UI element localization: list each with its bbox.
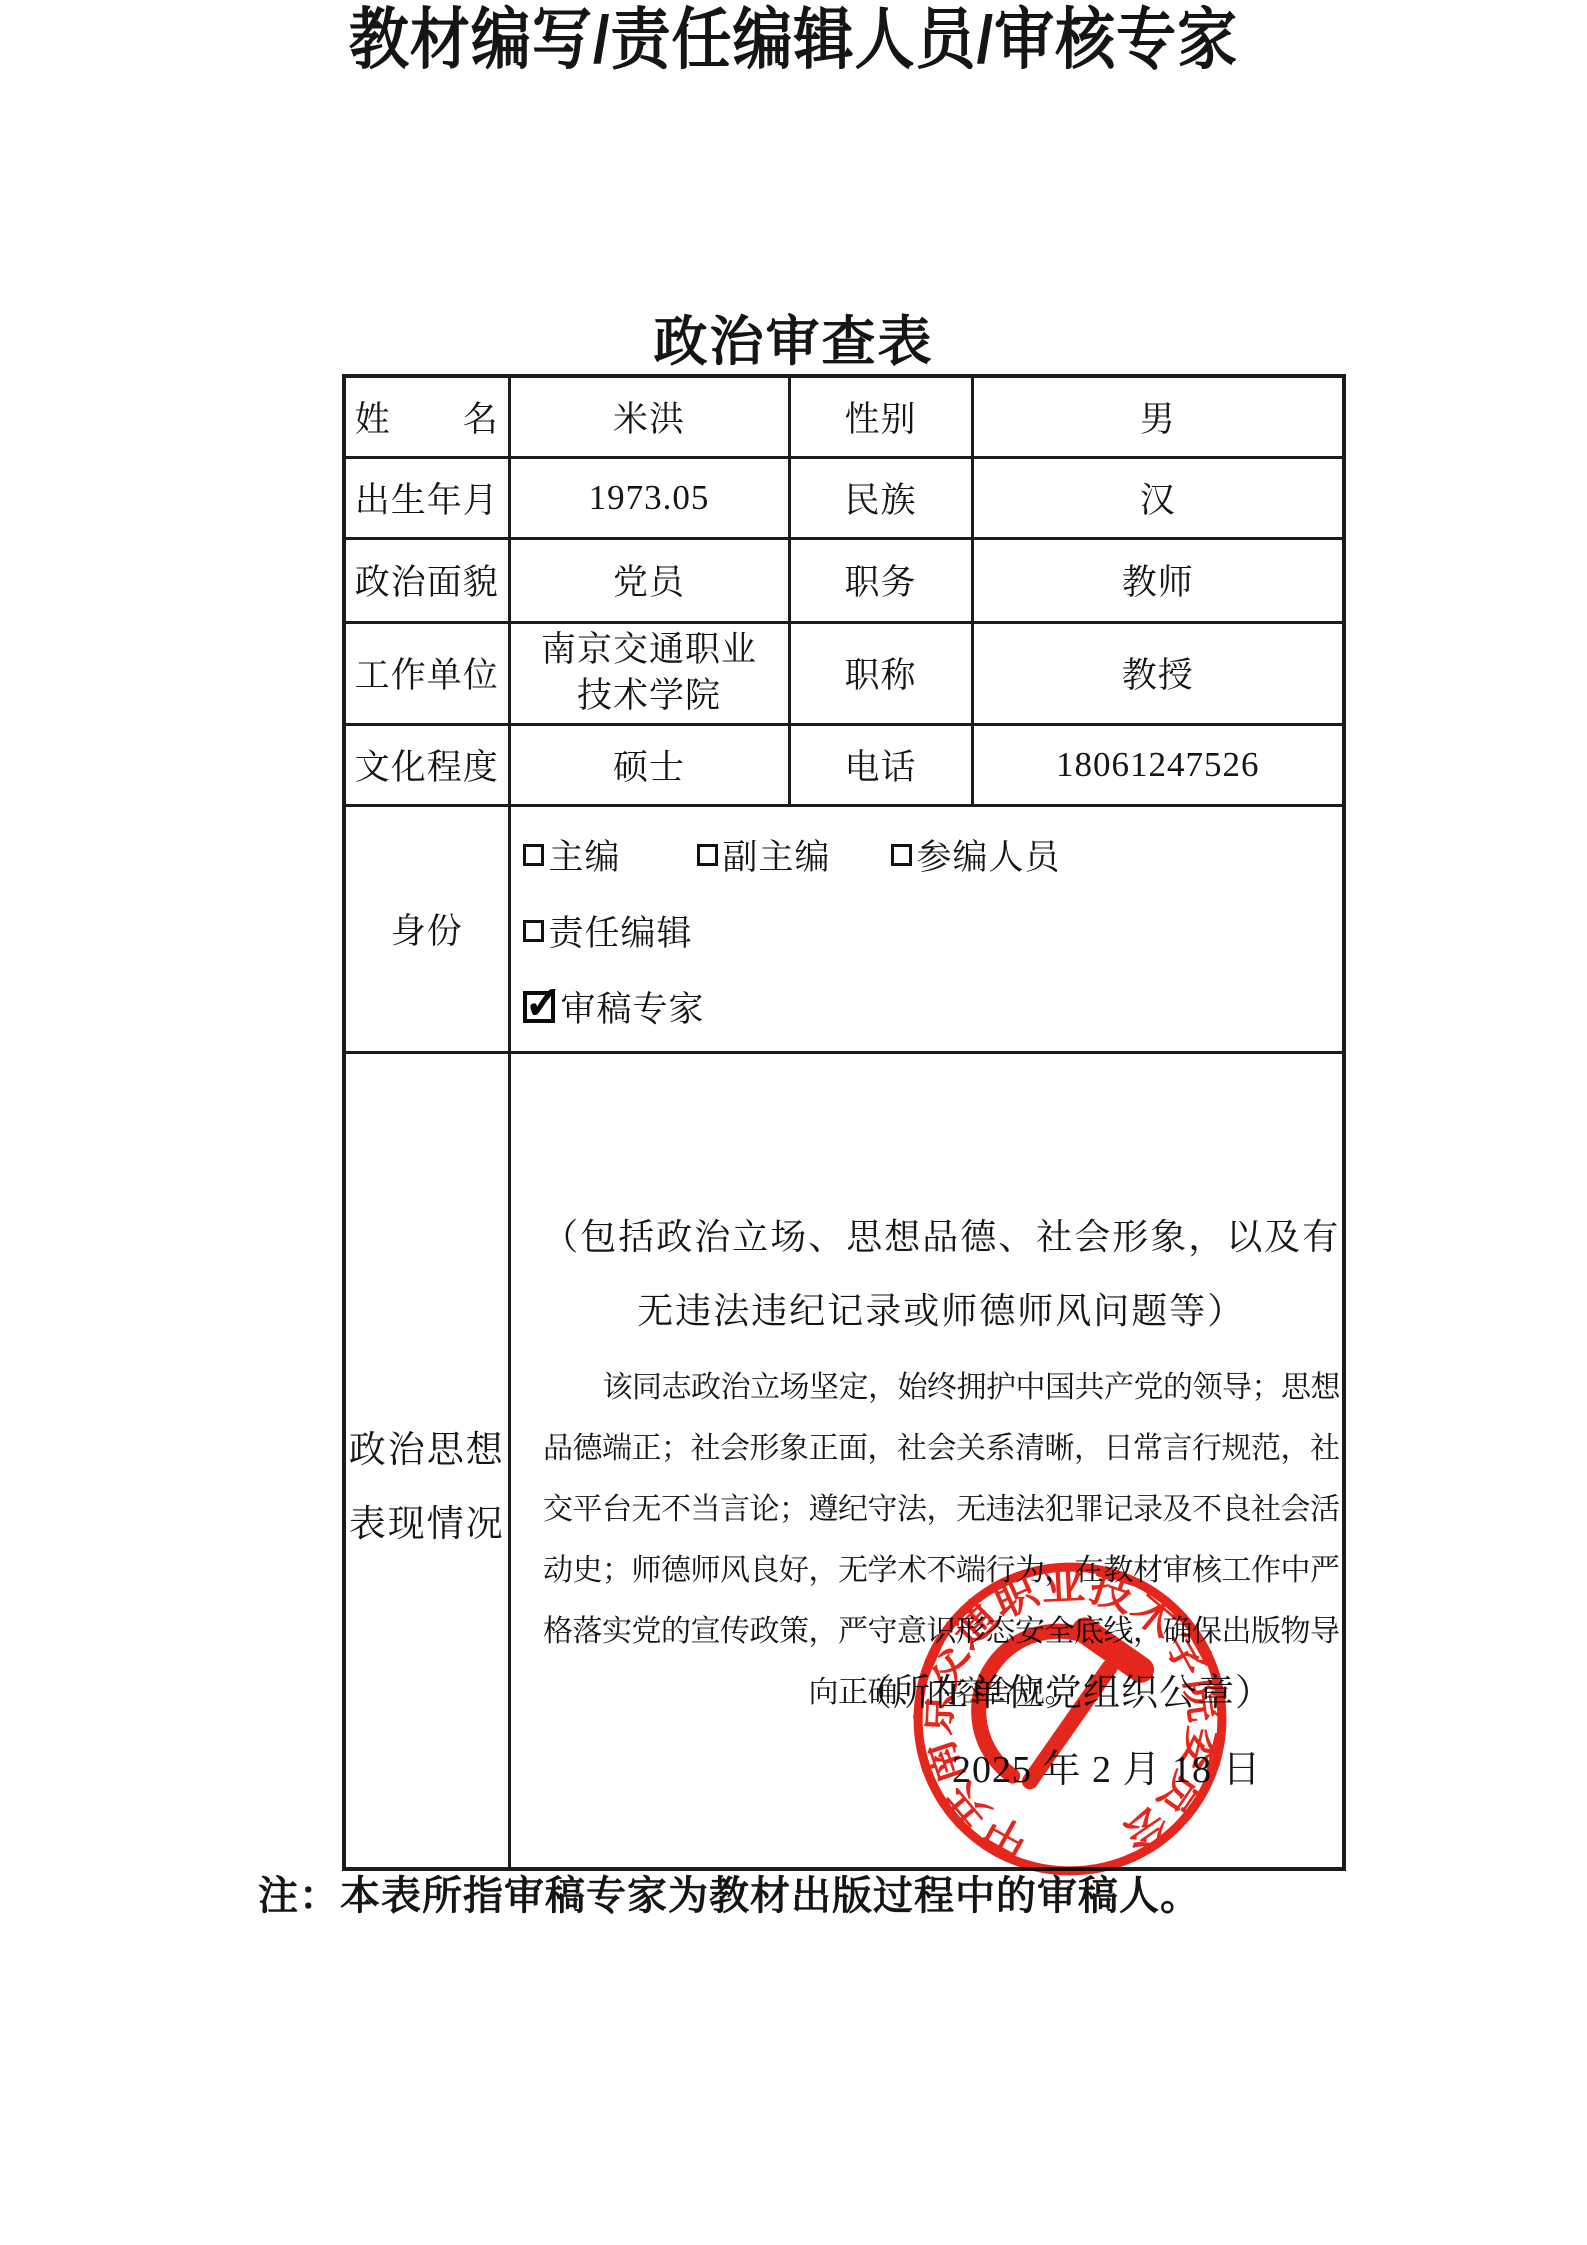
- work-unit-line1: 南京交通职业: [511, 627, 788, 673]
- option-deputy-chief-editor: 副主编: [697, 830, 831, 880]
- option-label: 审稿专家: [561, 982, 705, 1032]
- identity-label: 身份: [344, 805, 509, 1052]
- political-status-label: 政治面貌: [344, 538, 509, 622]
- option-contributing-editor: 参编人员: [891, 830, 1061, 880]
- checkbox-unchecked-icon: [891, 844, 912, 866]
- name-label: 姓 名: [344, 376, 509, 457]
- identity-options-line1: 主编 副主编 参编人员: [523, 817, 1343, 893]
- page-title: 教材编写/责任编辑人员/审核专家: [0, 0, 1587, 81]
- political-status-value: 党员: [509, 538, 789, 622]
- education-label: 文化程度: [344, 724, 509, 805]
- phone-value: 18061247526: [972, 724, 1344, 805]
- identity-options-cell: 主编 副主编 参编人员: [509, 805, 1344, 1052]
- gender-value: 男: [972, 376, 1344, 457]
- option-label: 副主编: [723, 830, 831, 880]
- birthdate-label: 出生年月: [344, 457, 509, 538]
- table-row: 工作单位 南京交通职业 技术学院 职称 教授: [344, 622, 1344, 724]
- option-responsible-editor: 责任编辑: [523, 906, 693, 956]
- table-row: 文化程度 硕士 电话 18061247526: [344, 724, 1344, 805]
- birthdate-value: 1973.05: [509, 457, 789, 538]
- political-label-line2: 表现情况: [346, 1488, 508, 1562]
- checkbox-unchecked-icon: [523, 844, 544, 866]
- hint-text: （包括政治立场、思想品德、社会形象，以及有 无违法违纪记录或师德师风问题等）: [511, 1198, 1343, 1348]
- phone-label: 电话: [789, 724, 972, 805]
- party-organization-seal: 中共南京交通职业技术学院委员会: [899, 1548, 1241, 1890]
- ethnicity-label: 民族: [789, 457, 972, 538]
- ethnicity-value: 汉: [972, 457, 1344, 538]
- work-unit-line2: 技术学院: [511, 673, 788, 719]
- hammer-sickle-icon: [966, 1617, 1157, 1788]
- table-row: 出生年月 1973.05 民族 汉: [344, 457, 1344, 538]
- identity-row: 身份 主编 副主编: [344, 805, 1344, 1052]
- table-row: 政治面貌 党员 职务 教师: [344, 538, 1344, 622]
- name-value: 米洪: [509, 376, 789, 457]
- identity-options-line2: 责任编辑: [523, 893, 1343, 969]
- scanned-form-page: 教材编写/责任编辑人员/审核专家 政治审查表 姓 名 米洪 性别 男 出生年月 …: [0, 0, 1587, 2245]
- checkbox-checked-icon: ✓: [523, 991, 555, 1023]
- option-label: 责任编辑: [549, 906, 693, 956]
- education-value: 硕士: [509, 724, 789, 805]
- political-label-line1: 政治思想: [346, 1414, 508, 1488]
- option-label: 参编人员: [917, 830, 1061, 880]
- work-unit-value: 南京交通职业 技术学院: [509, 622, 789, 724]
- prof-title-value: 教授: [972, 622, 1344, 724]
- gender-label: 性别: [789, 376, 972, 457]
- page-subtitle: 政治审查表: [0, 299, 1587, 376]
- option-label: 主编: [549, 830, 621, 880]
- prof-title-label: 职称: [789, 622, 972, 724]
- work-unit-label: 工作单位: [344, 622, 509, 724]
- review-form-table-wrap: 姓 名 米洪 性别 男 出生年月 1973.05 民族 汉 政治面貌 党员 职务…: [342, 374, 1346, 1871]
- option-chief-editor: 主编: [523, 830, 621, 880]
- position-label: 职务: [789, 538, 972, 622]
- identity-options-line3: ✓ 审稿专家: [523, 969, 1343, 1045]
- position-value: 教师: [972, 538, 1344, 622]
- option-review-expert: ✓ 审稿专家: [523, 982, 705, 1032]
- table-row: 姓 名 米洪 性别 男: [344, 376, 1344, 457]
- checkbox-unchecked-icon: [697, 844, 718, 866]
- checkbox-unchecked-icon: [523, 920, 544, 942]
- political-performance-label: 政治思想 表现情况: [344, 1052, 509, 1869]
